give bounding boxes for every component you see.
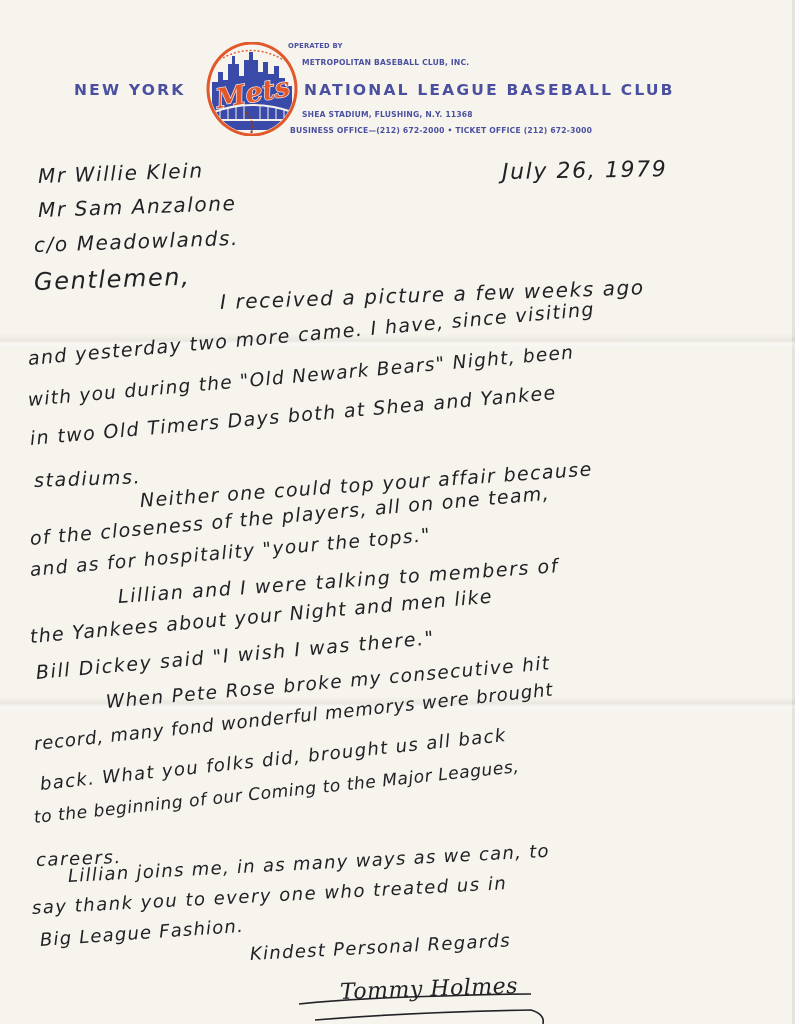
letterhead-right-title: NATIONAL LEAGUE BASEBALL CLUB [304,81,675,99]
letterhead-operator: METROPOLITAN BASEBALL CLUB, INC. [302,58,469,67]
letter-body-line: stadiums. [34,466,142,492]
letter-date: July 26, 1979 [502,157,668,185]
letterhead-address: SHEA STADIUM, FLUSHING, N.Y. 11368 [302,110,473,119]
letterhead-phones: BUSINESS OFFICE—(212) 672-2000 • TICKET … [290,126,592,135]
letter-salutation: Gentlemen, [34,263,191,296]
letter-body-line: Big League Fashion. [39,916,244,951]
letter-page: OPERATED BY METROPOLITAN BASEBALL CLUB, … [0,0,795,1024]
recipient-line: c/o Meadowlands. [34,226,240,257]
recipient-line: Mr Willie Klein [38,158,204,188]
letterhead-left-title: NEW YORK [74,81,185,99]
signature-flourish-icon [295,990,555,1024]
mets-logo-icon: Mets [206,42,298,136]
mets-logo: Mets [206,42,298,136]
recipient-line: Mr Sam Anzalone [38,191,237,222]
letter-closing: Kindest Personal Regards [249,930,511,965]
